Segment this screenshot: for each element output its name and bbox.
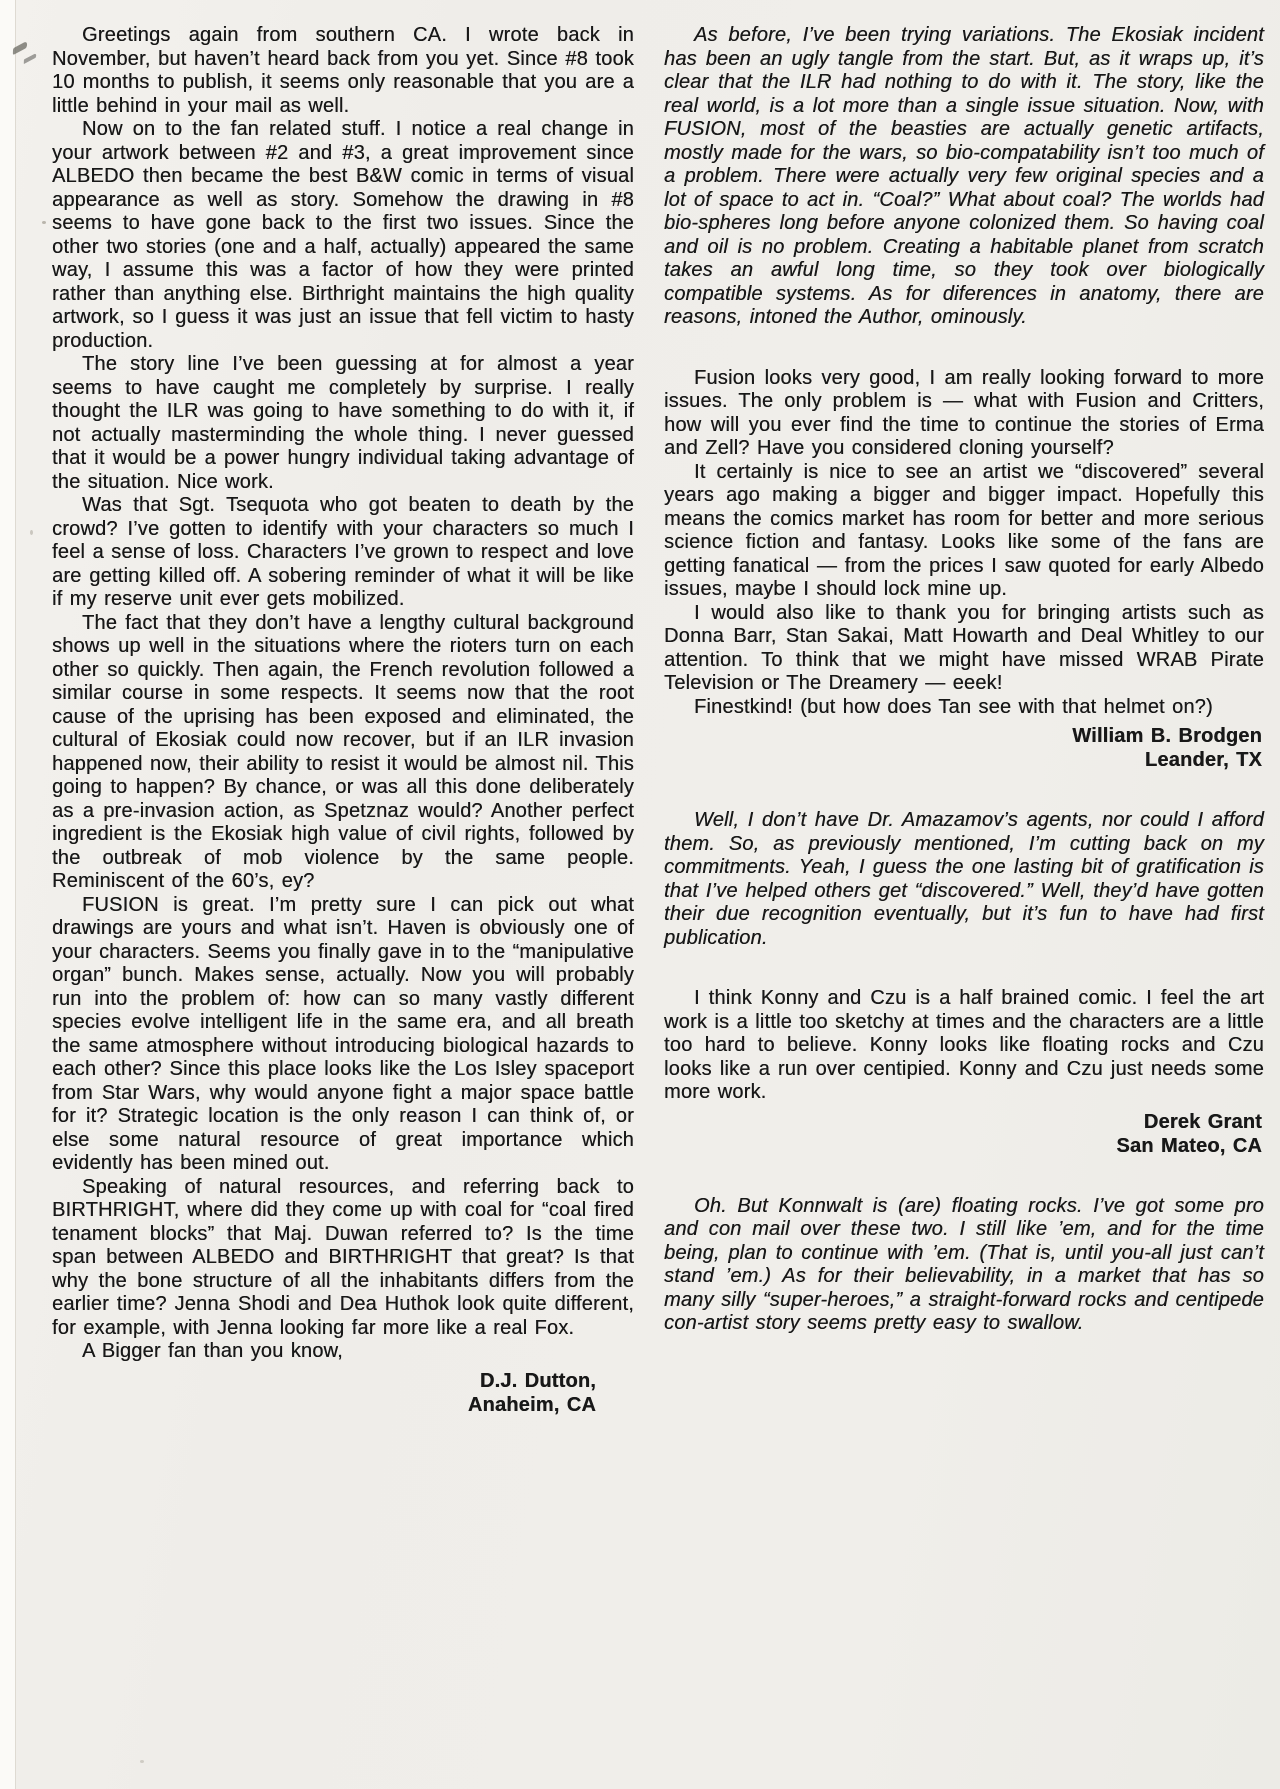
scan-speck [140,1760,144,1763]
signature-block: D.J. Dutton,Anaheim, CA [52,1369,634,1417]
left-column: Greetings again from southern CA. I wrot… [52,24,634,1417]
editor-reply-paragraph: Well, I don’t have Dr. Amazamov’s agents… [664,809,1264,950]
right-column: As before, I’ve been trying variations. … [664,24,1264,1417]
signature-block: Derek GrantSan Mateo, CA [664,1110,1264,1158]
signature-line: Anaheim, CA [52,1393,596,1417]
scan-speck [42,221,46,224]
letters-page: Greetings again from southern CA. I wrot… [0,0,1280,1789]
letter-paragraph: Now on to the fan related stuff. I notic… [52,118,634,353]
letter-paragraph: FUSION is great. I’m pretty sure I can p… [52,894,634,1176]
signature-line: D.J. Dutton, [52,1369,596,1393]
letter-paragraph: It certainly is nice to see an artist we… [664,461,1264,602]
signature-line: San Mateo, CA [664,1134,1262,1158]
editor-reply-paragraph: Oh. But Konnwalt is (are) floating rocks… [664,1195,1264,1336]
scan-page-edge [0,0,16,1789]
letter-paragraph: Finestkind! (but how does Tan see with t… [664,696,1264,720]
letter-paragraph: I think Konny and Czu is a half brained … [664,987,1264,1105]
editor-reply-paragraph: As before, I’ve been trying variations. … [664,24,1264,330]
signature-line: Leander, TX [664,748,1262,772]
letter-paragraph: A Bigger fan than you know, [52,1340,634,1364]
letter-paragraph: The fact that they don’t have a lengthy … [52,612,634,894]
two-column-text: Greetings again from southern CA. I wrot… [52,24,1264,1417]
letter-paragraph: Greetings again from southern CA. I wrot… [52,24,634,118]
letter-paragraph: Fusion looks very good, I am really look… [664,367,1264,461]
letter-paragraph: The story line I’ve been guessing at for… [52,353,634,494]
letter-paragraph: I would also like to thank you for bring… [664,602,1264,696]
scan-speck [30,530,33,535]
signature-block: William B. BrodgenLeander, TX [664,724,1264,772]
letter-paragraph: Was that Sgt. Tsequota who got beaten to… [52,494,634,612]
signature-line: Derek Grant [664,1110,1262,1134]
signature-line: William B. Brodgen [664,724,1262,748]
letter-paragraph: Speaking of natural resources, and refer… [52,1176,634,1341]
